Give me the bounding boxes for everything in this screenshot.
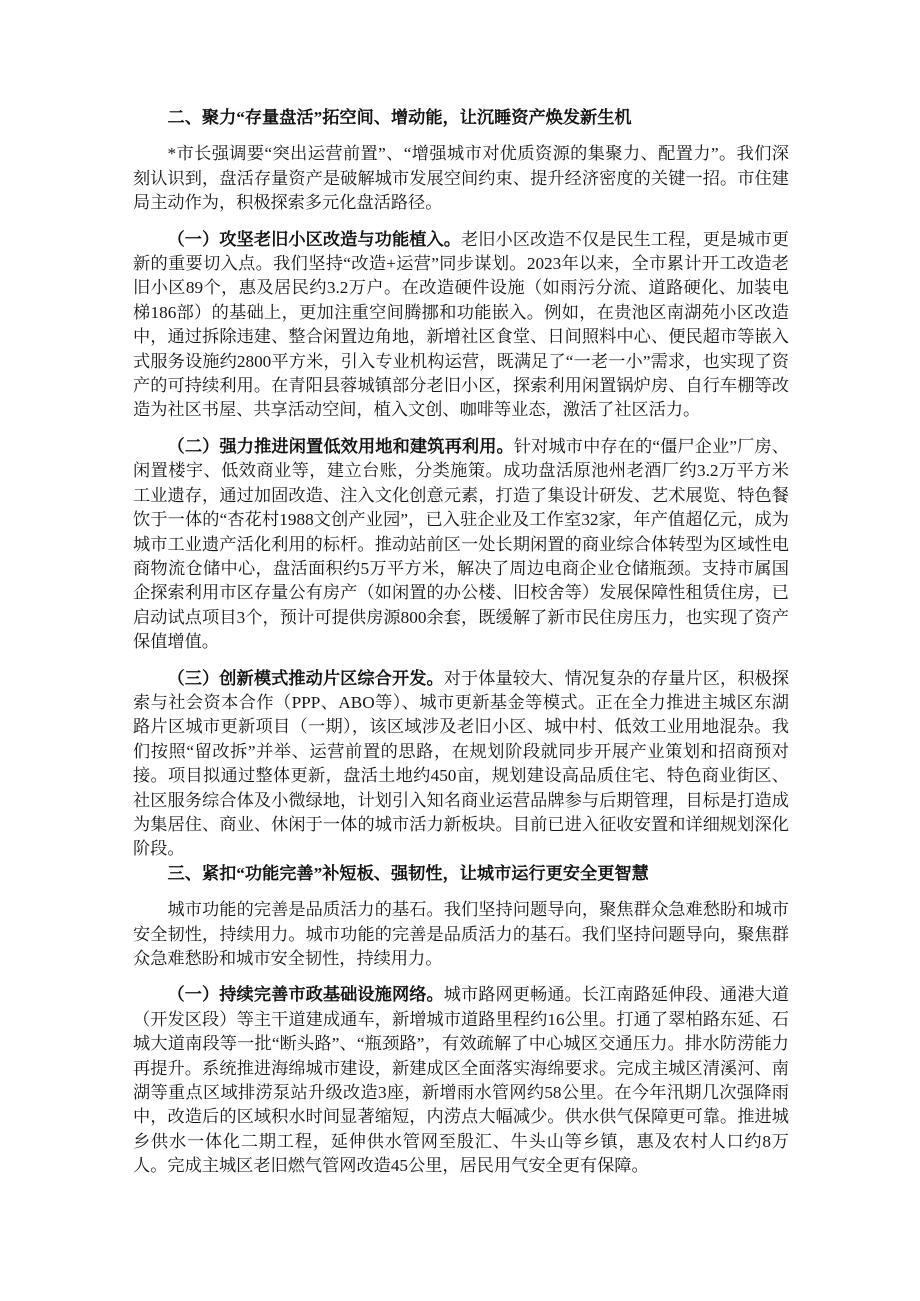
section-stock-revitalization: 二、聚力“存量盘活”拓空间、增动能，让沉睡资产焕发新生机 *市长强调要“突出运营… — [133, 106, 789, 862]
section-2-intro-paragraph: *市长强调要“突出运营前置”、“增强城市对优质资源的集聚力、配置力”。我们深刻认… — [133, 142, 789, 215]
item-4-body-text: 城市路网更畅通。长江南路延伸段、通港大道（开发区段）等主干道建成通车，新增城市道… — [133, 985, 789, 1175]
item-4-lead-text: （一）持续完善市政基础设施网络。 — [168, 985, 444, 1004]
item-1-body-text: 老旧小区改造不仅是民生工程，更是城市更新的重要切入点。我们坚持“改造+运营”同步… — [133, 230, 789, 420]
item-3-lead-text: （三）创新模式推动片区综合开发。 — [168, 669, 444, 688]
item-3-body-text: 对于体量较大、情况复杂的存量片区，积极探索与社会资本合作（PPP、ABO等）、城… — [133, 669, 789, 859]
section-heading-2: 二、聚力“存量盘活”拓空间、增动能，让沉睡资产焕发新生机 — [133, 106, 789, 130]
section-function-improvement: 三、紧扣“功能完善”补短板、强韧性，让城市运行更安全更智慧 城市功能的完善是品质… — [133, 862, 789, 1179]
section-2-item-3-paragraph: （三）创新模式推动片区综合开发。对于体量较大、情况复杂的存量片区，积极探索与社会… — [133, 667, 789, 862]
item-2-lead-text: （二）强力推进闲置低效用地和建筑再利用。 — [168, 437, 514, 456]
section-2-item-2-paragraph: （二）强力推进闲置低效用地和建筑再利用。针对城市中存在的“僵尸企业”厂房、闲置楼… — [133, 435, 789, 655]
section-heading-3: 三、紧扣“功能完善”补短板、强韧性，让城市运行更安全更智慧 — [133, 862, 789, 886]
document-page: 二、聚力“存量盘活”拓空间、增动能，让沉睡资产焕发新生机 *市长强调要“突出运营… — [0, 0, 920, 1301]
item-1-lead-text: （一）攻坚老旧小区改造与功能植入。 — [168, 230, 462, 249]
section-2-item-1-paragraph: （一）攻坚老旧小区改造与功能植入。老旧小区改造不仅是民生工程，更是城市更新的重要… — [133, 228, 789, 423]
section-3-item-1-paragraph: （一）持续完善市政基础设施网络。城市路网更畅通。长江南路延伸段、通港大道（开发区… — [133, 983, 789, 1178]
section-3-intro-paragraph: 城市功能的完善是品质活力的基石。我们坚持问题导向，聚焦群众急难愁盼和城市安全韧性… — [133, 898, 789, 971]
item-2-body-text: 针对城市中存在的“僵尸企业”厂房、闲置楼宇、低效商业等，建立台账，分类施策。成功… — [133, 437, 789, 651]
